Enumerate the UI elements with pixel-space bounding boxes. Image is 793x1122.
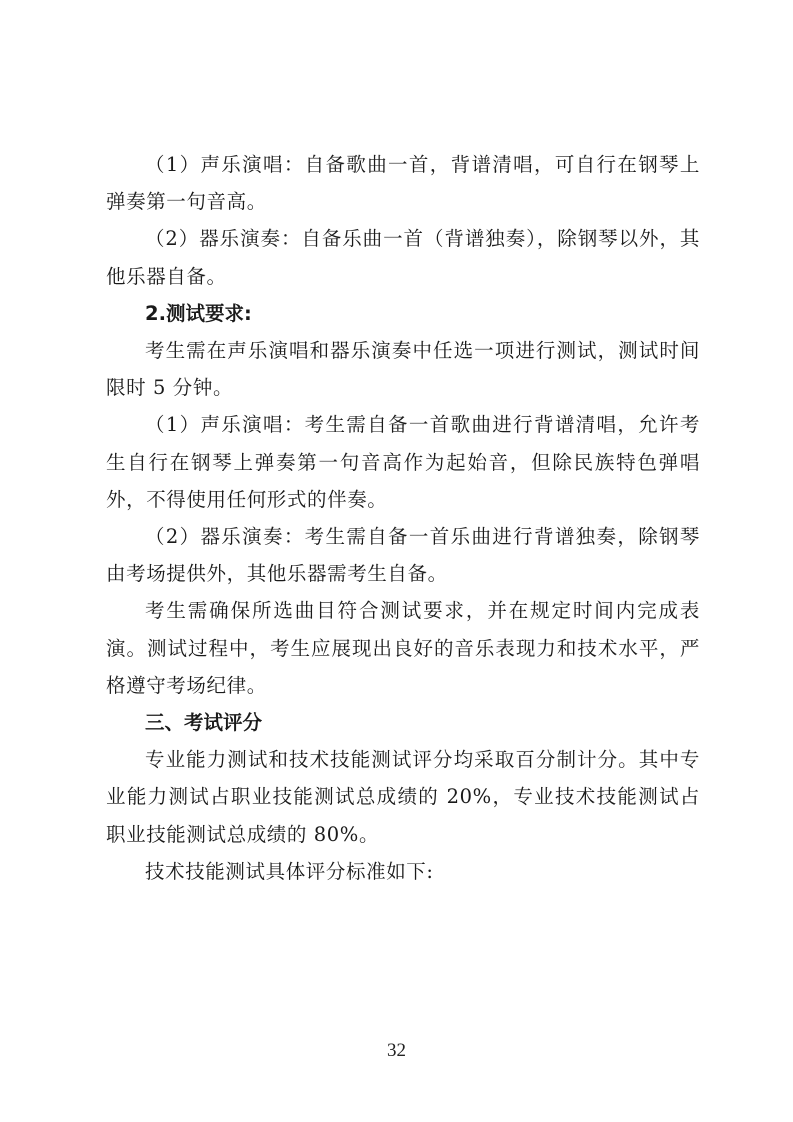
section-heading-test-requirements: 2.测试要求:: [106, 295, 700, 332]
paragraph-instrument-prep: （2）器乐演奏：自备乐曲一首（背谱独奏），除钢琴以外，其他乐器自备。: [106, 220, 700, 294]
paragraph-general-requirement: 考生需确保所选曲目符合测试要求，并在规定时间内完成表演。测试过程中，考生应展现出…: [106, 592, 700, 704]
section-heading-scoring: 三、考试评分: [106, 704, 700, 741]
paragraph-scoring-weights: 专业能力测试和技术技能测试评分均采取百分制计分。其中专业能力测试占职业技能测试总…: [106, 741, 700, 853]
document-body: （1）声乐演唱：自备歌曲一首，背谱清唱，可自行在钢琴上弹奏第一句音高。 （2）器…: [106, 146, 700, 890]
paragraph-test-choice: 考生需在声乐演唱和器乐演奏中任选一项进行测试，测试时间限时 5 分钟。: [106, 332, 700, 406]
page-number: 32: [0, 1040, 793, 1062]
paragraph-vocal-requirement: （1）声乐演唱：考生需自备一首歌曲进行背谱清唱，允许考生自行在钢琴上弹奏第一句音…: [106, 406, 700, 518]
paragraph-scoring-criteria-intro: 技术技能测试具体评分标准如下:: [106, 853, 700, 890]
paragraph-instrument-requirement: （2）器乐演奏：考生需自备一首乐曲进行背谱独奏，除钢琴由考场提供外，其他乐器需考…: [106, 518, 700, 592]
paragraph-vocal-prep: （1）声乐演唱：自备歌曲一首，背谱清唱，可自行在钢琴上弹奏第一句音高。: [106, 146, 700, 220]
